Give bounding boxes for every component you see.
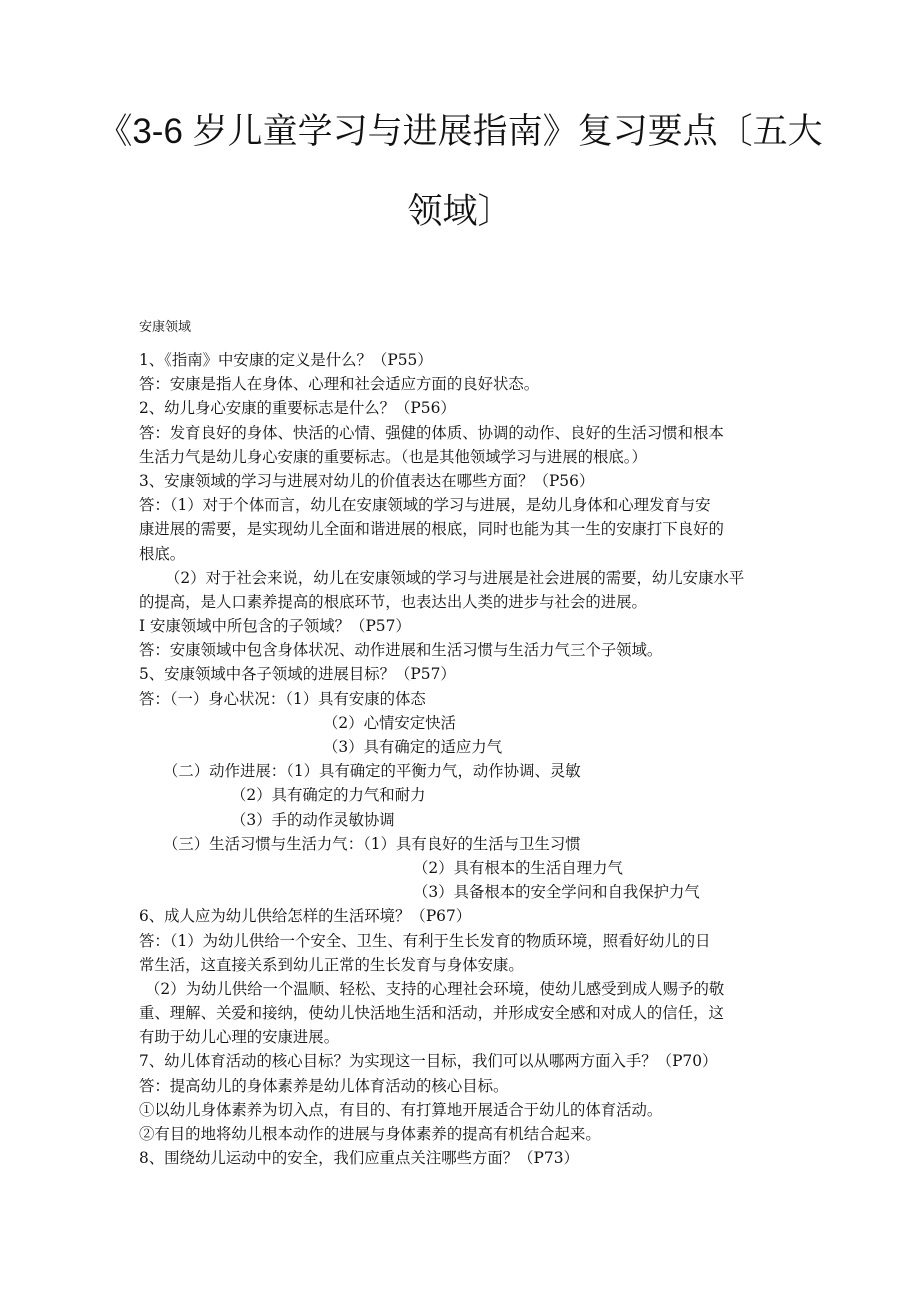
- answer-5-line-5: （2）具有确定的力气和耐力: [139, 783, 799, 807]
- answer-3-part-1-line-2: 康进展的需要，是实现幼儿全面和谐进展的根底，同时也能为其一生的安康打下良好的: [139, 517, 799, 541]
- answer-3-part-1-line-1: 答：（1）对于个体而言，幼儿在安康领域的学习与进展，是幼儿身体和心理发育与安: [139, 493, 799, 517]
- answer-4: 答：安康领域中包含身体状况、动作进展和生活习惯与生活力气三个子领域。: [139, 638, 799, 662]
- answer-3-part-2-line-2: 的提高，是人口素养提高的根底环节，也表达出人类的进步与社会的进展。: [139, 590, 799, 614]
- answer-2-line-2: 生活力气是幼儿身心安康的重要标志。（也是其他领域学习与进展的根底。）: [139, 445, 799, 469]
- question-8: 8、围绕幼儿运动中的安全，我们应重点关注哪些方面？（P73）: [139, 1146, 799, 1170]
- question-2: 2、幼儿身心安康的重要标志是什么？（P56）: [139, 396, 799, 420]
- answer-3-part-1-line-3: 根底。: [139, 542, 799, 566]
- answer-6-part-2-line-2: 重、理解、关爱和接纳，使幼儿快活地生活和活动，并形成安全感和对成人的信任，这: [139, 1001, 799, 1025]
- answer-6-part-1-line-2: 常生活，这直接关系到幼儿正常的生长发育与身体安康。: [139, 953, 799, 977]
- document-title-line-2: 领域〕: [0, 192, 920, 232]
- document-page: 《3-6 岁儿童学习与进展指南》复习要点〔五大 领域〕 安康领域 1、《指南》中…: [0, 0, 920, 1301]
- answer-6-part-2-line-1: （2）为幼儿供给一个温顺、轻松、支持的心理社会环境，使幼儿感受到成人赐予的敬: [139, 977, 799, 1001]
- answer-1: 答：安康是指人在身体、心理和社会适应方面的良好状态。: [139, 372, 799, 396]
- answer-2-line-1: 答：发育良好的身体、快活的心情、强健的体质、协调的动作、良好的生活习惯和根本: [139, 421, 799, 445]
- answer-7-line-3: ②有目的地将幼儿根本动作的进展与身体素养的提高有机结合起来。: [139, 1122, 799, 1146]
- answer-7-line-1: 答：提高幼儿的身体素养是幼儿体育活动的核心目标。: [139, 1074, 799, 1098]
- question-3: 3、安康领域的学习与进展对幼儿的价值表达在哪些方面？（P56）: [139, 469, 799, 493]
- document-title-line-1: 《3-6 岁儿童学习与进展指南》复习要点〔五大: [0, 112, 920, 152]
- answer-5-line-2: （2）心情安定快活: [139, 711, 799, 735]
- answer-5-line-1: 答：（一）身心状况：（1）具有安康的体态: [139, 687, 799, 711]
- section-heading-health: 安康领域: [139, 318, 191, 336]
- answer-5-line-7: （三）生活习惯与生活力气：（1）具有良好的生活与卫生习惯: [139, 832, 799, 856]
- answer-6-part-2-line-3: 有助于幼儿心理的安康进展。: [139, 1025, 799, 1049]
- answer-6-part-1-line-1: 答：（1）为幼儿供给一个安全、卫生、有利于生长发育的物质环境，照看好幼儿的日: [139, 929, 799, 953]
- question-1: 1、《指南》中安康的定义是什么？（P55）: [139, 348, 799, 372]
- question-4: I 安康领域中所包含的子领域？（P57）: [139, 614, 799, 638]
- document-body: 1、《指南》中安康的定义是什么？（P55） 答：安康是指人在身体、心理和社会适应…: [139, 348, 799, 1170]
- answer-5-line-9: （3）具备根本的安全学问和自我保护力气: [139, 880, 799, 904]
- answer-5-line-8: （2）具有根本的生活自理力气: [139, 856, 799, 880]
- question-5: 5、安康领域中各子领域的进展目标？（P57）: [139, 662, 799, 686]
- question-6: 6、成人应为幼儿供给怎样的生活环境？（P67）: [139, 904, 799, 928]
- answer-5-line-3: （3）具有确定的适应力气: [139, 735, 799, 759]
- answer-3-part-2-line-1: （2）对于社会来说，幼儿在安康领域的学习与进展是社会进展的需要，幼儿安康水平: [139, 566, 799, 590]
- question-7: 7、幼儿体育活动的核心目标？为实现这一目标，我们可以从哪两方面入手？（P70）: [139, 1049, 799, 1073]
- answer-7-line-2: ①以幼儿身体素养为切入点，有目的、有打算地开展适合于幼儿的体育活动。: [139, 1098, 799, 1122]
- answer-5-line-4: （二）动作进展：（1）具有确定的平衡力气，动作协调、灵敏: [139, 759, 799, 783]
- answer-5-line-6: （3）手的动作灵敏协调: [139, 808, 799, 832]
